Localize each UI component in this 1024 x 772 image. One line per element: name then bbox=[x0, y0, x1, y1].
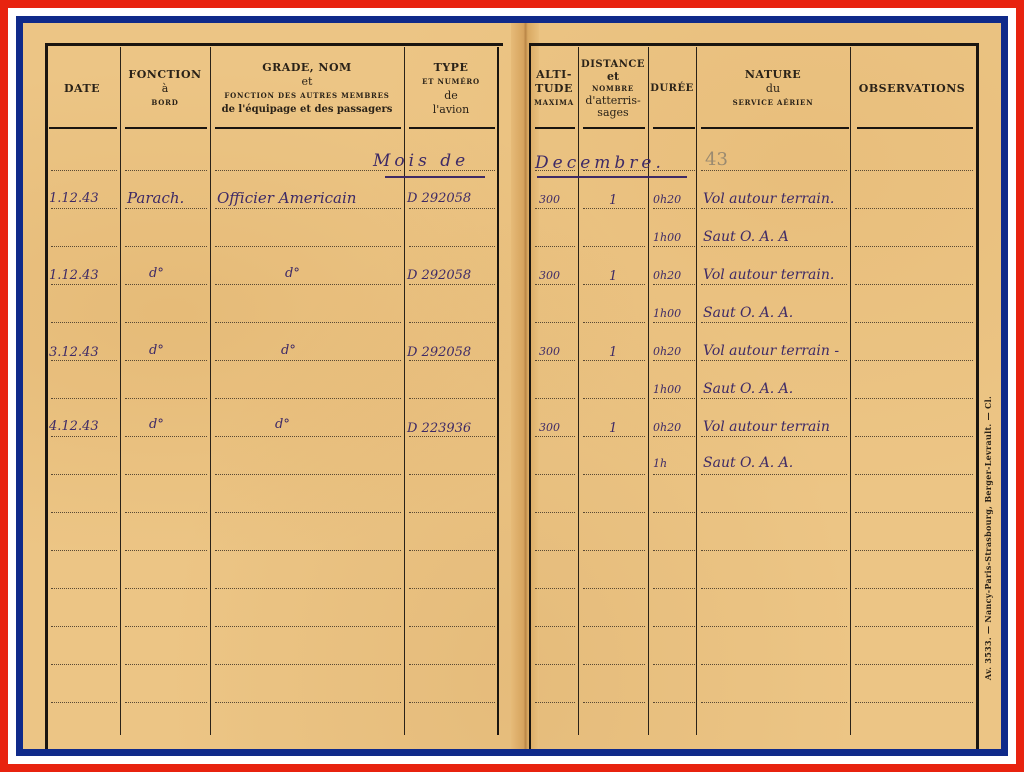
ruled-line bbox=[855, 626, 973, 627]
ruled-line bbox=[51, 284, 117, 285]
ruled-line bbox=[855, 170, 973, 171]
month-underline bbox=[537, 176, 687, 178]
entry-nature: Saut O. A. A bbox=[703, 229, 789, 245]
ruled-line bbox=[535, 436, 575, 437]
ruled-line bbox=[653, 664, 695, 665]
entry-duree: 1h00 bbox=[653, 383, 681, 396]
ruled-line bbox=[51, 588, 117, 589]
ruled-line bbox=[51, 208, 117, 209]
ruled-line bbox=[653, 550, 695, 551]
ruled-line bbox=[125, 664, 207, 665]
ruled-line bbox=[535, 246, 575, 247]
entry-altitude: 300 bbox=[539, 193, 560, 206]
header-duree: DURÉE bbox=[649, 47, 695, 131]
header-distance: DISTANCE et NOMBRE d'atterris- sages bbox=[579, 47, 647, 131]
ruled-line bbox=[653, 246, 695, 247]
month-underline bbox=[385, 176, 485, 178]
header-date: DATE bbox=[45, 47, 119, 131]
column-divider bbox=[850, 47, 851, 735]
ruled-line bbox=[215, 702, 401, 703]
entry-date: 1.12.43 bbox=[49, 191, 99, 206]
entry-grade-nom: d° bbox=[285, 266, 300, 281]
ruled-line bbox=[701, 626, 847, 627]
year-pencil-note: 43 bbox=[705, 149, 728, 170]
ruled-line bbox=[583, 626, 645, 627]
ruled-line bbox=[535, 284, 575, 285]
ruled-line bbox=[215, 322, 401, 323]
ruled-line bbox=[653, 436, 695, 437]
header-observations: OBSERVATIONS bbox=[851, 47, 973, 131]
ruled-line bbox=[653, 626, 695, 627]
logbook-spread: DATE FONCTION à BORD GRADE, NOM et FONCT… bbox=[23, 23, 1001, 749]
entry-nature: Vol autour terrain bbox=[703, 419, 830, 435]
ruled-line bbox=[535, 398, 575, 399]
ruled-line bbox=[583, 284, 645, 285]
ruled-line bbox=[855, 322, 973, 323]
ruled-line bbox=[583, 588, 645, 589]
ruled-line bbox=[51, 170, 117, 171]
ruled-line bbox=[701, 588, 847, 589]
header-rule bbox=[215, 127, 401, 129]
header-altitude: ALTI- TUDE MAXIMA bbox=[531, 47, 577, 131]
ruled-line bbox=[653, 588, 695, 589]
ruled-line bbox=[701, 702, 847, 703]
ruled-line bbox=[653, 208, 695, 209]
ruled-line bbox=[125, 246, 207, 247]
ruled-line bbox=[51, 702, 117, 703]
header-text: l'avion bbox=[433, 103, 470, 117]
header-text: de bbox=[444, 89, 458, 103]
header-text: OBSERVATIONS bbox=[859, 82, 965, 96]
entry-fonction: Parach. bbox=[127, 189, 184, 207]
ruled-line bbox=[583, 436, 645, 437]
ruled-line bbox=[125, 208, 207, 209]
ruled-line bbox=[51, 436, 117, 437]
ruled-line bbox=[215, 436, 401, 437]
ruled-line bbox=[51, 474, 117, 475]
entry-duree: 0h20 bbox=[653, 345, 681, 358]
ruled-line bbox=[855, 550, 973, 551]
ruled-line bbox=[409, 588, 495, 589]
ruled-line bbox=[51, 360, 117, 361]
entry-date: 4.12.43 bbox=[49, 419, 99, 434]
ruled-line bbox=[125, 550, 207, 551]
ruled-line bbox=[215, 588, 401, 589]
ruled-line bbox=[51, 550, 117, 551]
ruled-line bbox=[653, 702, 695, 703]
header-text: DATE bbox=[64, 82, 100, 96]
ruled-line bbox=[215, 284, 401, 285]
header-text: sages bbox=[597, 107, 628, 119]
entry-fonction: d° bbox=[149, 417, 164, 432]
ruled-line bbox=[125, 284, 207, 285]
entry-nature: Vol autour terrain. bbox=[703, 267, 834, 283]
ruled-line bbox=[409, 360, 495, 361]
header-rule bbox=[49, 127, 117, 129]
entry-altitude: 300 bbox=[539, 421, 560, 434]
ruled-line bbox=[125, 360, 207, 361]
header-rule bbox=[857, 127, 973, 129]
entry-grade-nom: d° bbox=[275, 417, 290, 432]
ruled-line bbox=[535, 550, 575, 551]
ruled-line bbox=[535, 702, 575, 703]
header-rule bbox=[583, 127, 645, 129]
entry-avion: D 292058 bbox=[407, 345, 471, 360]
ruled-line bbox=[701, 322, 847, 323]
ruled-line bbox=[701, 360, 847, 361]
ruled-line bbox=[583, 550, 645, 551]
ruled-line bbox=[855, 702, 973, 703]
entry-nature: Saut O. A. A. bbox=[703, 305, 793, 321]
ruled-line bbox=[701, 512, 847, 513]
header-text: FONCTION bbox=[128, 68, 201, 82]
ruled-line bbox=[855, 664, 973, 665]
ruled-line bbox=[535, 588, 575, 589]
ruled-line bbox=[653, 284, 695, 285]
entry-nature: Vol autour terrain. bbox=[703, 191, 834, 207]
ruled-line bbox=[701, 246, 847, 247]
ruled-line bbox=[583, 208, 645, 209]
ruled-line bbox=[855, 588, 973, 589]
ruled-line bbox=[855, 284, 973, 285]
ruled-line bbox=[409, 550, 495, 551]
entry-atterrissages: 1 bbox=[609, 345, 617, 360]
header-text: TUDE bbox=[535, 82, 573, 96]
header-text: FONCTION DES AUTRES MEMBRES bbox=[224, 89, 389, 103]
header-rule bbox=[409, 127, 495, 129]
entry-fonction: d° bbox=[149, 266, 164, 281]
header-nature: NATURE du SERVICE AÉRIEN bbox=[697, 47, 849, 131]
ruled-line bbox=[215, 208, 401, 209]
header-text: SERVICE AÉRIEN bbox=[733, 96, 814, 110]
ruled-line bbox=[409, 702, 495, 703]
ruled-line bbox=[535, 626, 575, 627]
header-text: et bbox=[302, 75, 313, 89]
entry-date: 3.12.43 bbox=[49, 345, 99, 360]
header-grade-nom: GRADE, NOM et FONCTION DES AUTRES MEMBRE… bbox=[211, 47, 403, 131]
ruled-line bbox=[855, 398, 973, 399]
ruled-line bbox=[583, 664, 645, 665]
ruled-line bbox=[51, 246, 117, 247]
ruled-line bbox=[409, 208, 495, 209]
ruled-line bbox=[409, 512, 495, 513]
column-divider bbox=[648, 47, 649, 735]
entry-duree: 1h bbox=[653, 457, 667, 470]
entry-nature: Saut O. A. A. bbox=[703, 381, 793, 397]
ruled-line bbox=[51, 626, 117, 627]
ruled-line bbox=[583, 360, 645, 361]
ruled-line bbox=[409, 664, 495, 665]
header-rule bbox=[701, 127, 849, 129]
entry-duree: 1h00 bbox=[653, 231, 681, 244]
left-page: DATE FONCTION à BORD GRADE, NOM et FONCT… bbox=[45, 43, 503, 749]
ruled-line bbox=[701, 208, 847, 209]
ruled-line bbox=[215, 398, 401, 399]
entry-duree: 0h20 bbox=[653, 269, 681, 282]
ruled-line bbox=[701, 284, 847, 285]
ruled-line bbox=[215, 664, 401, 665]
ruled-line bbox=[583, 398, 645, 399]
printer-imprint: Av. 3533. — Nancy-Paris-Strasbourg, Berg… bbox=[981, 363, 995, 713]
header-text: du bbox=[766, 82, 780, 96]
ruled-line bbox=[125, 512, 207, 513]
ruled-line bbox=[855, 436, 973, 437]
ruled-line bbox=[535, 512, 575, 513]
ruled-line bbox=[583, 322, 645, 323]
header-text: BORD bbox=[151, 96, 178, 110]
ruled-line bbox=[855, 360, 973, 361]
ruled-line bbox=[535, 322, 575, 323]
column-divider bbox=[210, 47, 211, 735]
ruled-line bbox=[653, 360, 695, 361]
ruled-line bbox=[409, 398, 495, 399]
left-header-row: DATE FONCTION à BORD GRADE, NOM et FONCT… bbox=[45, 47, 503, 131]
header-rule bbox=[653, 127, 695, 129]
ruled-line bbox=[125, 322, 207, 323]
printer-imprint-text: Av. 3533. — Nancy-Paris-Strasbourg, Berg… bbox=[983, 396, 993, 680]
header-type-avion: TYPE ET NUMÉRO de l'avion bbox=[405, 47, 497, 131]
ruled-line bbox=[701, 398, 847, 399]
left-table-border bbox=[45, 43, 503, 749]
ruled-line bbox=[409, 322, 495, 323]
ruled-line bbox=[51, 322, 117, 323]
column-divider bbox=[120, 47, 121, 735]
column-divider bbox=[497, 47, 499, 735]
entry-grade-nom: Officier Americain bbox=[217, 189, 356, 207]
ruled-line bbox=[653, 474, 695, 475]
right-page: ALTI- TUDE MAXIMA DISTANCE et NOMBRE d'a… bbox=[529, 43, 979, 749]
ruled-line bbox=[409, 284, 495, 285]
ruled-line bbox=[215, 360, 401, 361]
entry-avion: D 292058 bbox=[407, 191, 471, 206]
ruled-line bbox=[535, 474, 575, 475]
entry-nature: Vol autour terrain - bbox=[703, 343, 839, 359]
ruled-line bbox=[215, 246, 401, 247]
ruled-line bbox=[125, 702, 207, 703]
ruled-line bbox=[583, 702, 645, 703]
entry-nature: Saut O. A. A. bbox=[703, 455, 793, 471]
ruled-line bbox=[701, 664, 847, 665]
ruled-line bbox=[215, 626, 401, 627]
header-text: et bbox=[607, 71, 619, 83]
ruled-line bbox=[125, 588, 207, 589]
column-divider bbox=[578, 47, 579, 735]
header-text: GRADE, NOM bbox=[262, 61, 351, 75]
ruled-line bbox=[409, 246, 495, 247]
entry-atterrissages: 1 bbox=[609, 269, 617, 284]
header-text: TYPE bbox=[434, 61, 469, 75]
entry-grade-nom: d° bbox=[281, 343, 296, 358]
header-text: DURÉE bbox=[650, 82, 693, 96]
ruled-line bbox=[125, 436, 207, 437]
ruled-line bbox=[701, 474, 847, 475]
ruled-line bbox=[701, 170, 847, 171]
ruled-line bbox=[409, 626, 495, 627]
entry-atterrissages: 1 bbox=[609, 421, 617, 436]
entry-duree: 0h20 bbox=[653, 193, 681, 206]
entry-fonction: d° bbox=[149, 343, 164, 358]
ruled-line bbox=[215, 474, 401, 475]
ruled-line bbox=[855, 208, 973, 209]
header-text: à bbox=[162, 82, 169, 96]
header-text: MAXIMA bbox=[534, 96, 574, 110]
ruled-line bbox=[701, 550, 847, 551]
ruled-line bbox=[535, 208, 575, 209]
ruled-line bbox=[653, 512, 695, 513]
ruled-line bbox=[583, 246, 645, 247]
ruled-line bbox=[125, 626, 207, 627]
entry-altitude: 300 bbox=[539, 345, 560, 358]
ruled-line bbox=[51, 512, 117, 513]
entry-date: 1.12.43 bbox=[49, 268, 99, 283]
entry-duree: 0h20 bbox=[653, 421, 681, 434]
entry-duree: 1h00 bbox=[653, 307, 681, 320]
header-text: de l'équipage et des passagers bbox=[222, 103, 393, 117]
ruled-line bbox=[855, 246, 973, 247]
ruled-line bbox=[409, 436, 495, 437]
month-value: Decembre. bbox=[535, 153, 665, 173]
header-rule bbox=[125, 127, 207, 129]
header-text: ALTI- bbox=[536, 68, 572, 82]
ruled-line bbox=[855, 512, 973, 513]
ruled-line bbox=[653, 322, 695, 323]
ruled-line bbox=[125, 398, 207, 399]
entry-atterrissages: 1 bbox=[609, 193, 617, 208]
entry-avion: D 292058 bbox=[407, 268, 471, 283]
ruled-line bbox=[583, 474, 645, 475]
ruled-line bbox=[409, 474, 495, 475]
ruled-line bbox=[535, 664, 575, 665]
ruled-line bbox=[125, 474, 207, 475]
ruled-line bbox=[653, 398, 695, 399]
ruled-line bbox=[701, 436, 847, 437]
column-divider bbox=[696, 47, 697, 735]
header-text: ET NUMÉRO bbox=[422, 75, 480, 89]
ruled-line bbox=[855, 474, 973, 475]
header-rule bbox=[535, 127, 575, 129]
ruled-line bbox=[215, 550, 401, 551]
ruled-line bbox=[51, 664, 117, 665]
month-label: Mois de bbox=[373, 151, 469, 171]
ruled-line bbox=[125, 170, 207, 171]
right-header-row: ALTI- TUDE MAXIMA DISTANCE et NOMBRE d'a… bbox=[529, 47, 979, 131]
header-fonction: FONCTION à BORD bbox=[121, 47, 209, 131]
entry-altitude: 300 bbox=[539, 269, 560, 282]
header-text: NATURE bbox=[745, 68, 801, 82]
ruled-line bbox=[583, 512, 645, 513]
ruled-line bbox=[535, 360, 575, 361]
ruled-line bbox=[51, 398, 117, 399]
ruled-line bbox=[215, 512, 401, 513]
entry-avion: D 223936 bbox=[407, 421, 471, 436]
